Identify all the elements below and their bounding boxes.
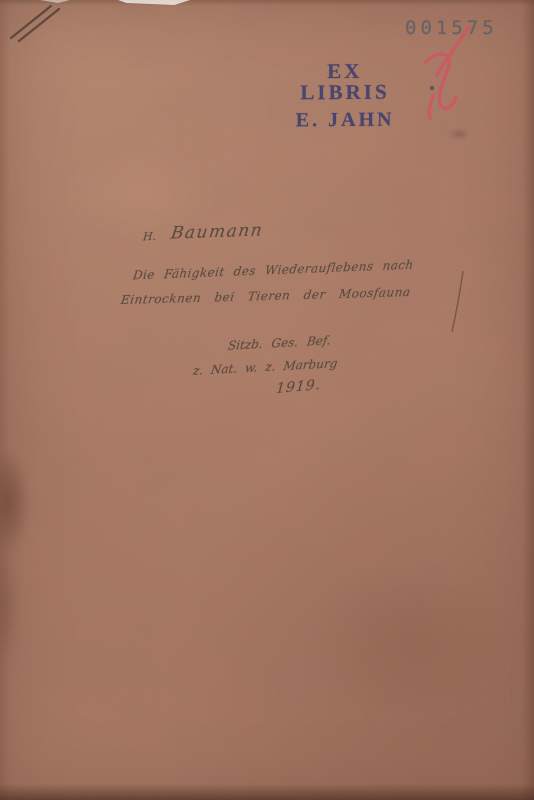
book-cover-scan: 001575 EX LIBRIS E. JAHN H. Baumann Die … [0, 0, 534, 800]
scan-edge-gap-small [40, 0, 70, 3]
handwritten-year: 1919. [275, 377, 321, 397]
handwritten-author-initial: H. [143, 230, 157, 244]
accession-number-stamp: 001575 [405, 17, 498, 39]
ex-libris-line2: E. JAHN [280, 110, 410, 131]
scan-edge-gap [118, 0, 190, 5]
water-stain-faint [0, 540, 20, 670]
double-slash-ink-mark [11, 6, 59, 41]
red-crayon-mark [426, 27, 469, 118]
handwritten-reference-line1: Sitzb. Ges. Bef. [227, 333, 331, 352]
handwritten-reference-line2: z. Nat. w. z. Marburg [192, 356, 338, 378]
ex-libris-stamp: EX LIBRIS E. JAHN [280, 61, 410, 131]
ink-speck [430, 86, 434, 90]
handwritten-title-line2: Eintrocknen bei Tieren der Moosfauna [120, 285, 411, 307]
handwritten-author-surname: Baumann [170, 220, 265, 243]
dark-blotch [300, 560, 520, 720]
pencil-smudge [448, 128, 470, 140]
handwritten-title-line1: Die Fähigkeit des Wiederauflebens nach [132, 258, 414, 283]
ex-libris-line1: EX LIBRIS [280, 61, 410, 104]
crease-line [452, 271, 463, 332]
